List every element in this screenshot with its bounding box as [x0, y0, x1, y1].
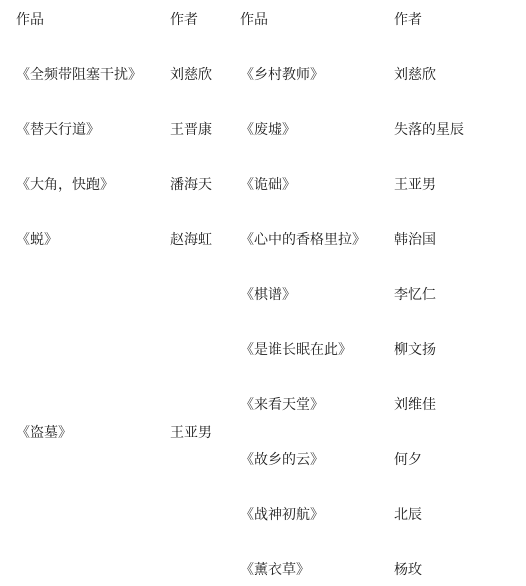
right-row-1-author: 刘慈欣 [394, 67, 436, 83]
left-row-4-title: 《蜕》 [16, 232, 58, 248]
left-row-3-title: 《大角，快跑》 [16, 177, 114, 193]
right-row-4-author: 韩治国 [394, 232, 436, 248]
right-row-10-author: 杨玫 [394, 562, 422, 578]
right-row-8-title: 《故乡的云》 [240, 452, 324, 468]
header-work-right: 作品 [240, 12, 268, 28]
right-row-9-author: 北辰 [394, 507, 422, 523]
right-row-5-author: 李忆仁 [394, 287, 436, 303]
left-row-1-title: 《全频带阻塞干扰》 [16, 67, 142, 83]
left-row-2-author: 王晋康 [170, 122, 212, 138]
right-row-2-title: 《废墟》 [240, 122, 296, 138]
right-row-9-title: 《战神初航》 [240, 507, 324, 523]
right-row-6-author: 柳文扬 [394, 342, 436, 358]
left-row-4-author: 赵海虹 [170, 232, 212, 248]
right-row-5-title: 《棋谱》 [240, 287, 296, 303]
left-row-1-author: 刘慈欣 [170, 67, 212, 83]
header-author-right: 作者 [394, 12, 422, 28]
left-row-5-author: 王亚男 [170, 425, 212, 441]
right-row-3-author: 王亚男 [394, 177, 436, 193]
right-row-7-author: 刘维佳 [394, 397, 436, 413]
left-row-2-title: 《替天行道》 [16, 122, 100, 138]
right-row-8-author: 何夕 [394, 452, 422, 468]
right-row-10-title: 《薰衣草》 [240, 562, 310, 578]
header-author-left: 作者 [170, 12, 198, 28]
right-row-2-author: 失落的星辰 [394, 122, 464, 138]
right-row-4-title: 《心中的香格里拉》 [240, 232, 366, 248]
right-row-7-title: 《来看天堂》 [240, 397, 324, 413]
header-work-left: 作品 [16, 12, 44, 28]
right-row-1-title: 《乡村教师》 [240, 67, 324, 83]
right-row-6-title: 《是谁长眠在此》 [240, 342, 352, 358]
left-row-5-title: 《盗墓》 [16, 425, 72, 441]
right-row-3-title: 《诡础》 [240, 177, 296, 193]
left-row-3-author: 潘海天 [170, 177, 212, 193]
